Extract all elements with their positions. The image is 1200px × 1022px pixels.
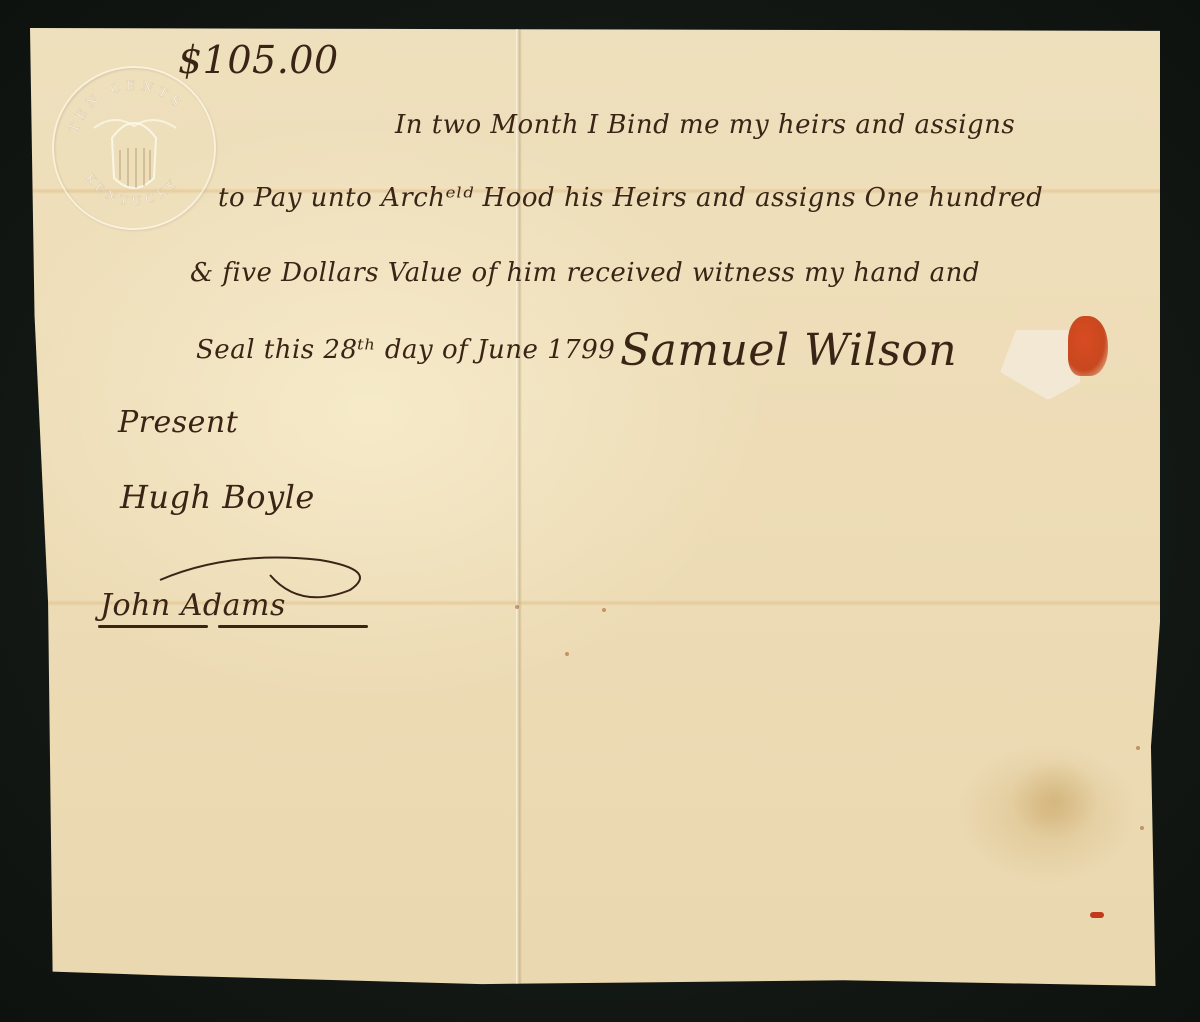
signature-underline: [218, 625, 368, 628]
witness-signature-2: John Adams: [100, 588, 286, 623]
foxing-spot: [1136, 746, 1140, 750]
wax-seal-icon: [1068, 316, 1108, 376]
foxing-spot: [565, 652, 569, 656]
foxing-spot: [602, 608, 606, 612]
witness-heading: Present: [118, 405, 238, 440]
stamp-bottom-text: KENTUCKY: [83, 171, 183, 209]
note-body-line-2: to Pay unto Archᵉˡᵈ Hood his Heirs and a…: [218, 183, 1043, 213]
note-body-line-4: Seal this 28ᵗʰ day of June 1799: [196, 335, 615, 365]
stamp-top-text: TEN CENTS: [67, 79, 186, 135]
foxing-spot: [1140, 826, 1144, 830]
witness-signature-1: Hugh Boyle: [120, 478, 315, 516]
svg-text:KENTUCKY: KENTUCKY: [83, 171, 183, 209]
note-body-line-1: In two Month I Bind me my heirs and assi…: [395, 110, 1015, 140]
note-body-line-3: & five Dollars Value of him received wit…: [190, 258, 980, 288]
svg-text:TEN CENTS: TEN CENTS: [67, 79, 186, 135]
signature-underline: [98, 625, 208, 628]
vertical-fold-line: [516, 28, 522, 986]
kentucky-ten-cents-stamp-icon: TEN CENTS KENTUCKY: [52, 66, 216, 230]
note-amount: $105.00: [178, 38, 339, 82]
wax-drop-mark: [1090, 912, 1104, 918]
signatory-signature: Samuel Wilson: [620, 325, 957, 376]
foxing-spot: [515, 605, 519, 609]
paper-stain: [1010, 760, 1100, 840]
